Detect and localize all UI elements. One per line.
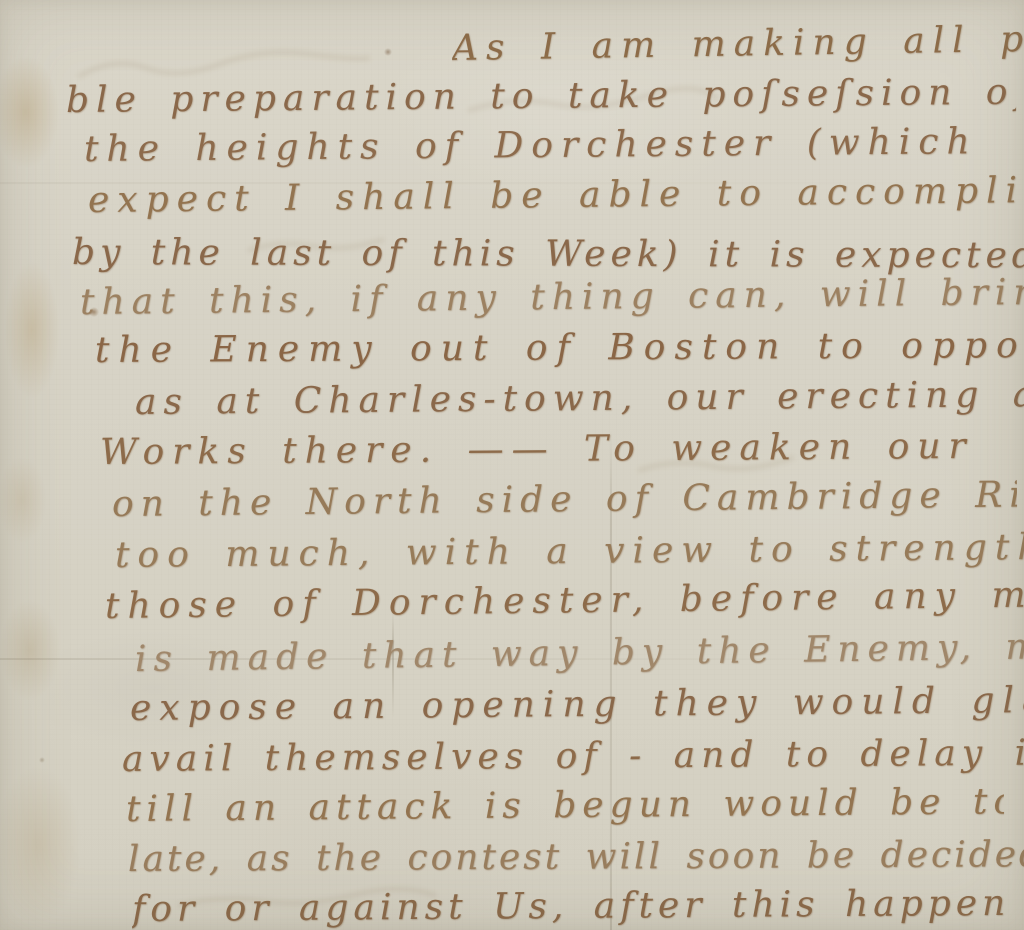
manuscript-line: as at Charles-town, our erecting any bbox=[135, 372, 1024, 426]
manuscript-line: till an attack is begun would be too bbox=[126, 779, 1004, 833]
manuscript-line: expect I shall be able to accomplish bbox=[88, 168, 1024, 224]
manuscript-line: for or against Us, after this happens — bbox=[132, 881, 1010, 930]
manuscript-line: Works there. —— To weaken our Lines bbox=[100, 424, 995, 476]
manuscript-line: ble preparation to take poſseſsion of bbox=[66, 70, 1016, 124]
manuscript-line: avail themselves of - and to delay it bbox=[122, 731, 1024, 783]
manuscript-line: late, as the contest will soon be decide… bbox=[128, 832, 1024, 883]
manuscript-line: on the North side of Cambridge River bbox=[112, 473, 1017, 528]
manuscript-page: As I am making all poſsi ble preparation… bbox=[0, 0, 1024, 930]
manuscript-line: the Enemy out of Boston to oppose, bbox=[95, 323, 1020, 374]
manuscript-line: expose an opening they would gladly bbox=[130, 678, 1024, 732]
manuscript-line: the heights of Dorchester (which I bbox=[84, 119, 996, 173]
manuscript-line: too much, with a view to strengthen bbox=[115, 525, 1024, 579]
manuscript-line: that this, if any thing can, will bring bbox=[80, 270, 1024, 326]
manuscript-line: As I am making all poſsi bbox=[452, 15, 1024, 72]
